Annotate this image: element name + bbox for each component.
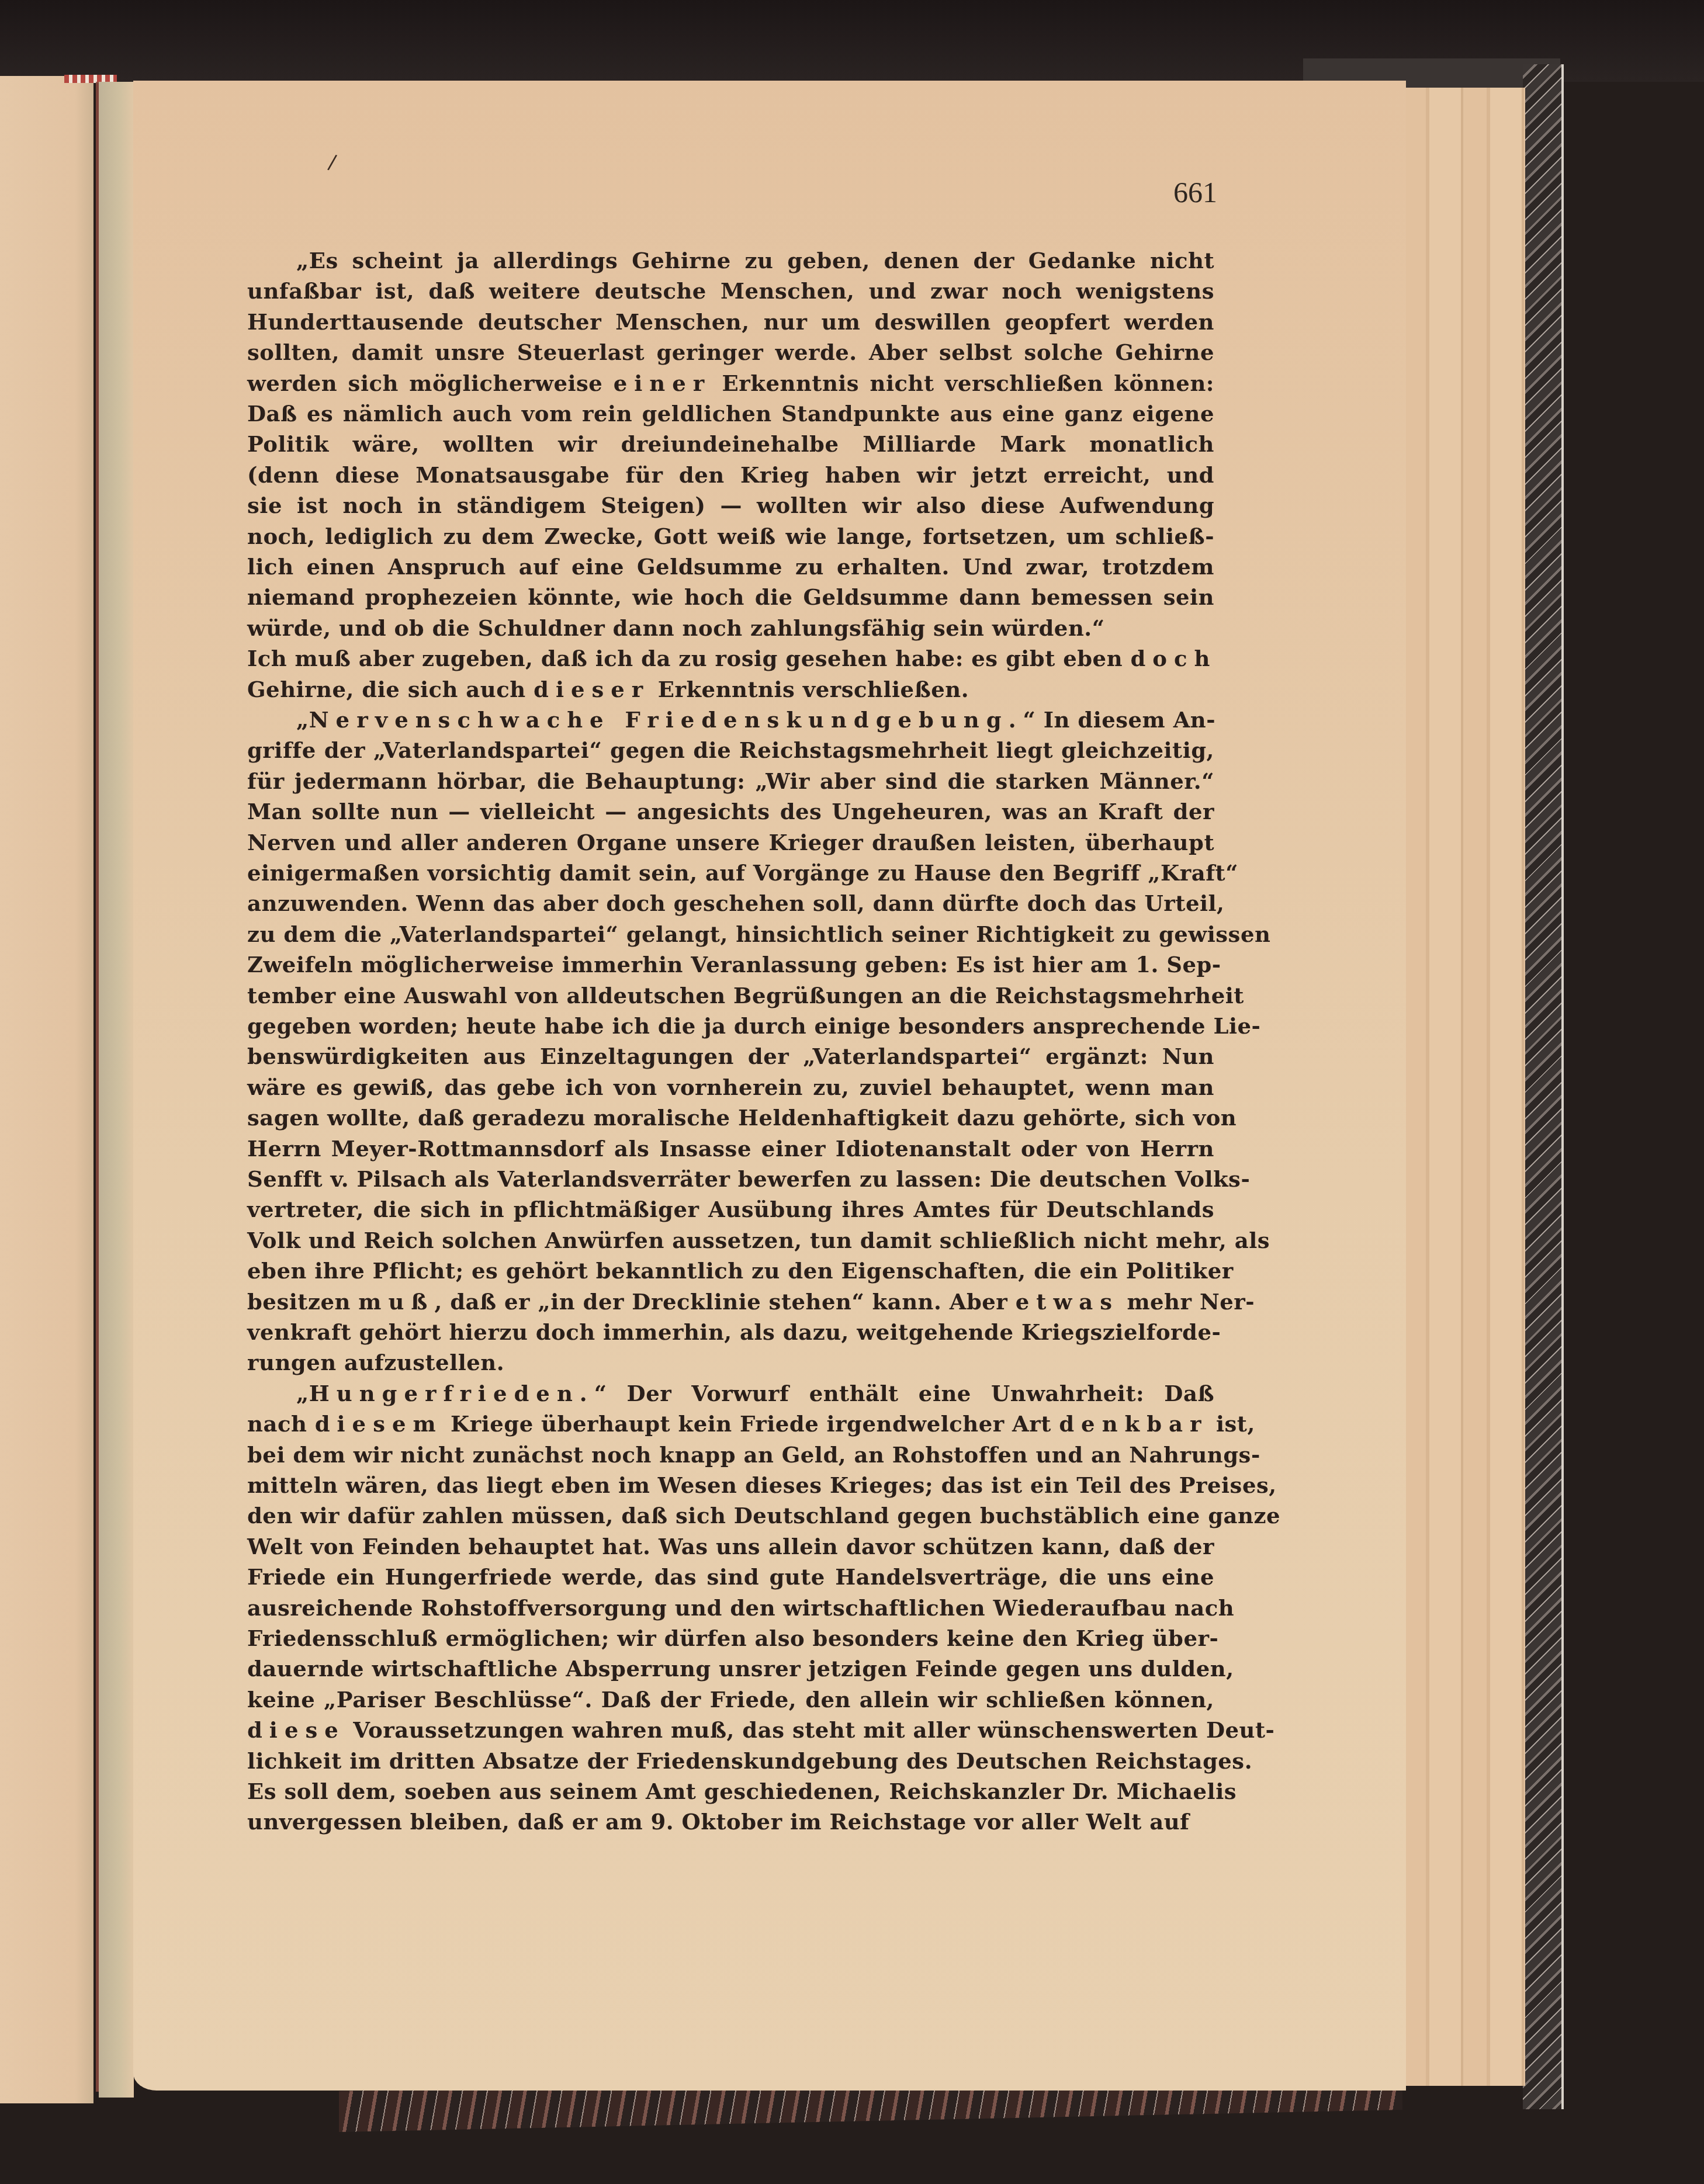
- emphasis-spaced: Hungerfrieden.: [309, 1381, 594, 1406]
- text-line: Senfft v. Pilsach als Vaterlandsverräter…: [247, 1164, 1214, 1194]
- text-line: sagen wollte, daß geradezu moralische He…: [247, 1103, 1214, 1133]
- text-line: „Nervenschwache Friedenskundgebung.“ In …: [296, 705, 1214, 735]
- text-line: würde, und ob die Schuldner dann noch za…: [247, 613, 1214, 643]
- gutter-shadow: [99, 82, 134, 2098]
- page-stack-edge: [1402, 88, 1525, 2086]
- text-line: Gehirne, die sich auch dieser Erkenntnis…: [247, 674, 1214, 705]
- text-line: „Es scheint ja allerdings Gehirne zu geb…: [296, 245, 1214, 276]
- gutter-line: [96, 82, 99, 2092]
- text-line: besitzen muß, daß er „in der Drecklinie …: [247, 1287, 1214, 1317]
- text-line: Friedensschluß ermöglichen; wir dürfen a…: [247, 1623, 1214, 1653]
- text-line: gegeben worden; heute habe ich die ja du…: [247, 1011, 1214, 1041]
- text-line: keine „Pariser Beschlüsse“. Daß der Frie…: [247, 1684, 1214, 1715]
- text-line: ausreichende Rohstoffversorgung und den …: [247, 1593, 1214, 1623]
- text-line: nach diesem Kriege überhaupt kein Friede…: [247, 1409, 1214, 1439]
- text-line: Ich muß aber zugeben, daß ich da zu rosi…: [247, 643, 1214, 674]
- text-line: „Hungerfrieden.“ Der Vorwurf enthält ein…: [296, 1378, 1214, 1409]
- text-line: Hunderttausende deutscher Menschen, nur …: [247, 307, 1214, 337]
- text-line: rungen aufzustellen.: [247, 1347, 1214, 1378]
- emphasis-spaced: einer: [614, 370, 712, 396]
- text-line: unfaßbar ist, daß weitere deutsche Mensc…: [247, 276, 1214, 306]
- text-line: noch, lediglich zu dem Zwecke, Gott weiß…: [247, 521, 1214, 552]
- text-line: griffe der „Vaterlandspartei“ gegen die …: [247, 735, 1214, 765]
- emphasis-spaced: muß: [358, 1289, 434, 1315]
- text-line: Nerven und aller anderen Organe unsere K…: [247, 827, 1214, 858]
- text-line: bei dem wir nicht zunächst noch knapp an…: [247, 1440, 1214, 1470]
- text-line: Herrn Meyer-Rottmannsdorf als Insasse ei…: [247, 1133, 1214, 1164]
- emphasis-spaced: doch: [1130, 646, 1217, 671]
- text-line: niemand prophezeien könnte, wie hoch die…: [247, 582, 1214, 612]
- page-number: 661: [1173, 175, 1217, 209]
- text-line: unvergessen bleiben, daß er am 9. Oktobe…: [247, 1807, 1214, 1837]
- text-line: benswürdigkeiten aus Einzeltagungen der …: [247, 1041, 1214, 1072]
- text-line: sollten, damit unsre Steuerlast geringer…: [247, 337, 1214, 368]
- text-line: für jedermann hörbar, die Behauptung: „W…: [247, 766, 1214, 796]
- emphasis-spaced: denkbar: [1059, 1411, 1208, 1437]
- text-line: einigermaßen vorsichtig damit sein, auf …: [247, 858, 1214, 888]
- text-line: anzuwenden. Wenn das aber doch geschehen…: [247, 888, 1214, 918]
- emphasis-spaced: diesem: [315, 1411, 443, 1437]
- text-line: Zweifeln möglicherweise immerhin Veranla…: [247, 949, 1214, 980]
- text-line: dauernde wirtschaftliche Absperrung unsr…: [247, 1653, 1214, 1684]
- text-line: tember eine Auswahl von alldeutschen Beg…: [247, 980, 1214, 1011]
- text-line: den wir dafür zahlen müssen, daß sich De…: [247, 1500, 1214, 1531]
- text-line: (denn diese Monatsausgabe für den Krieg …: [247, 460, 1214, 490]
- text-line: venkraft gehört hierzu doch immerhin, al…: [247, 1317, 1214, 1347]
- text-line: Daß es nämlich auch vom rein geldlichen …: [247, 398, 1214, 429]
- text-line: Welt von Feinden behauptet hat. Was uns …: [247, 1531, 1214, 1562]
- text-line: diese Voraussetzungen wahren muß, das st…: [247, 1715, 1214, 1745]
- text-line: Man sollte nun — vielleicht — angesichts…: [247, 796, 1214, 827]
- text-line: sie ist noch in ständigem Steigen) — wol…: [247, 490, 1214, 521]
- left-page-edge: [0, 76, 93, 2103]
- text-line: Politik wäre, wollten wir dreiundeinehal…: [247, 429, 1214, 459]
- text-line: Es soll dem, soeben aus seinem Amt gesch…: [247, 1776, 1214, 1807]
- text-line: Friede ein Hungerfriede werde, das sind …: [247, 1562, 1214, 1592]
- text-line: Volk und Reich solchen Anwürfen aussetze…: [247, 1225, 1214, 1256]
- emphasis-spaced: diese: [247, 1717, 345, 1743]
- emphasis-spaced: Nervenschwache Friedenskundgebung.: [309, 707, 1023, 733]
- text-line: lich einen Anspruch auf eine Geldsumme z…: [247, 552, 1214, 582]
- text-line: mitteln wären, das liegt eben im Wesen d…: [247, 1470, 1214, 1500]
- emphasis-spaced: etwas: [1016, 1289, 1119, 1315]
- emphasis-spaced: dieser: [534, 677, 650, 702]
- text-line: wäre es gewiß, das gebe ich von vornhere…: [247, 1072, 1214, 1103]
- text-line: zu dem die „Vaterlandspartei“ gelangt, h…: [247, 919, 1214, 949]
- text-line: werden sich möglicherweise einer Erkennt…: [247, 368, 1214, 398]
- text-line: lichkeit im dritten Absatze der Friedens…: [247, 1746, 1214, 1776]
- text-line: eben ihre Pflicht; es gehört bekanntlich…: [247, 1256, 1214, 1286]
- text-line: vertreter, die sich in pflichtmäßiger Au…: [247, 1194, 1214, 1225]
- marbled-cover-edge: [1523, 64, 1564, 2109]
